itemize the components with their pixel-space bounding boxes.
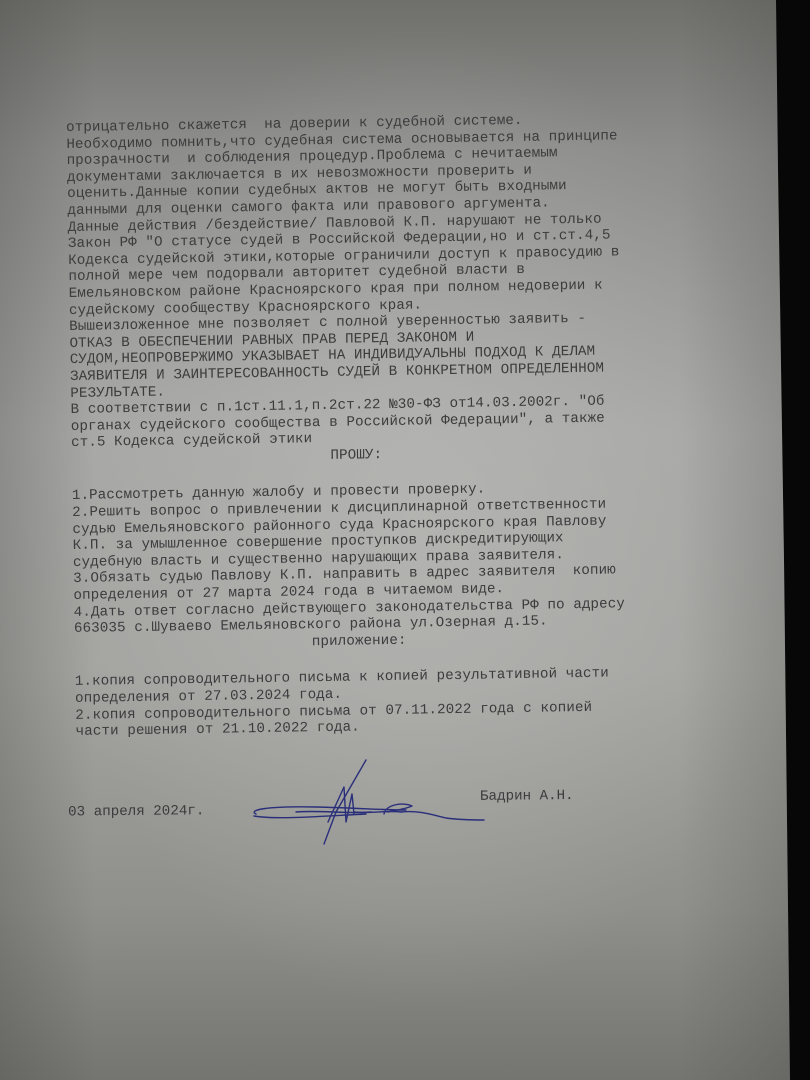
document-date: 03 апреля 2024г.: [68, 803, 204, 820]
signer-name: Бадрин А.Н.: [480, 788, 574, 805]
request-list: 1.Рассмотреть данную жалобу и провести п…: [72, 478, 714, 637]
attachment-list: 1.копия сопроводительного письма к копие…: [75, 664, 716, 740]
document-text: отрицательно скажется на доверии к судеб…: [66, 110, 716, 741]
handwritten-signature: [236, 752, 486, 852]
complaint-body: отрицательно скажется на доверии к судеб…: [66, 110, 711, 452]
